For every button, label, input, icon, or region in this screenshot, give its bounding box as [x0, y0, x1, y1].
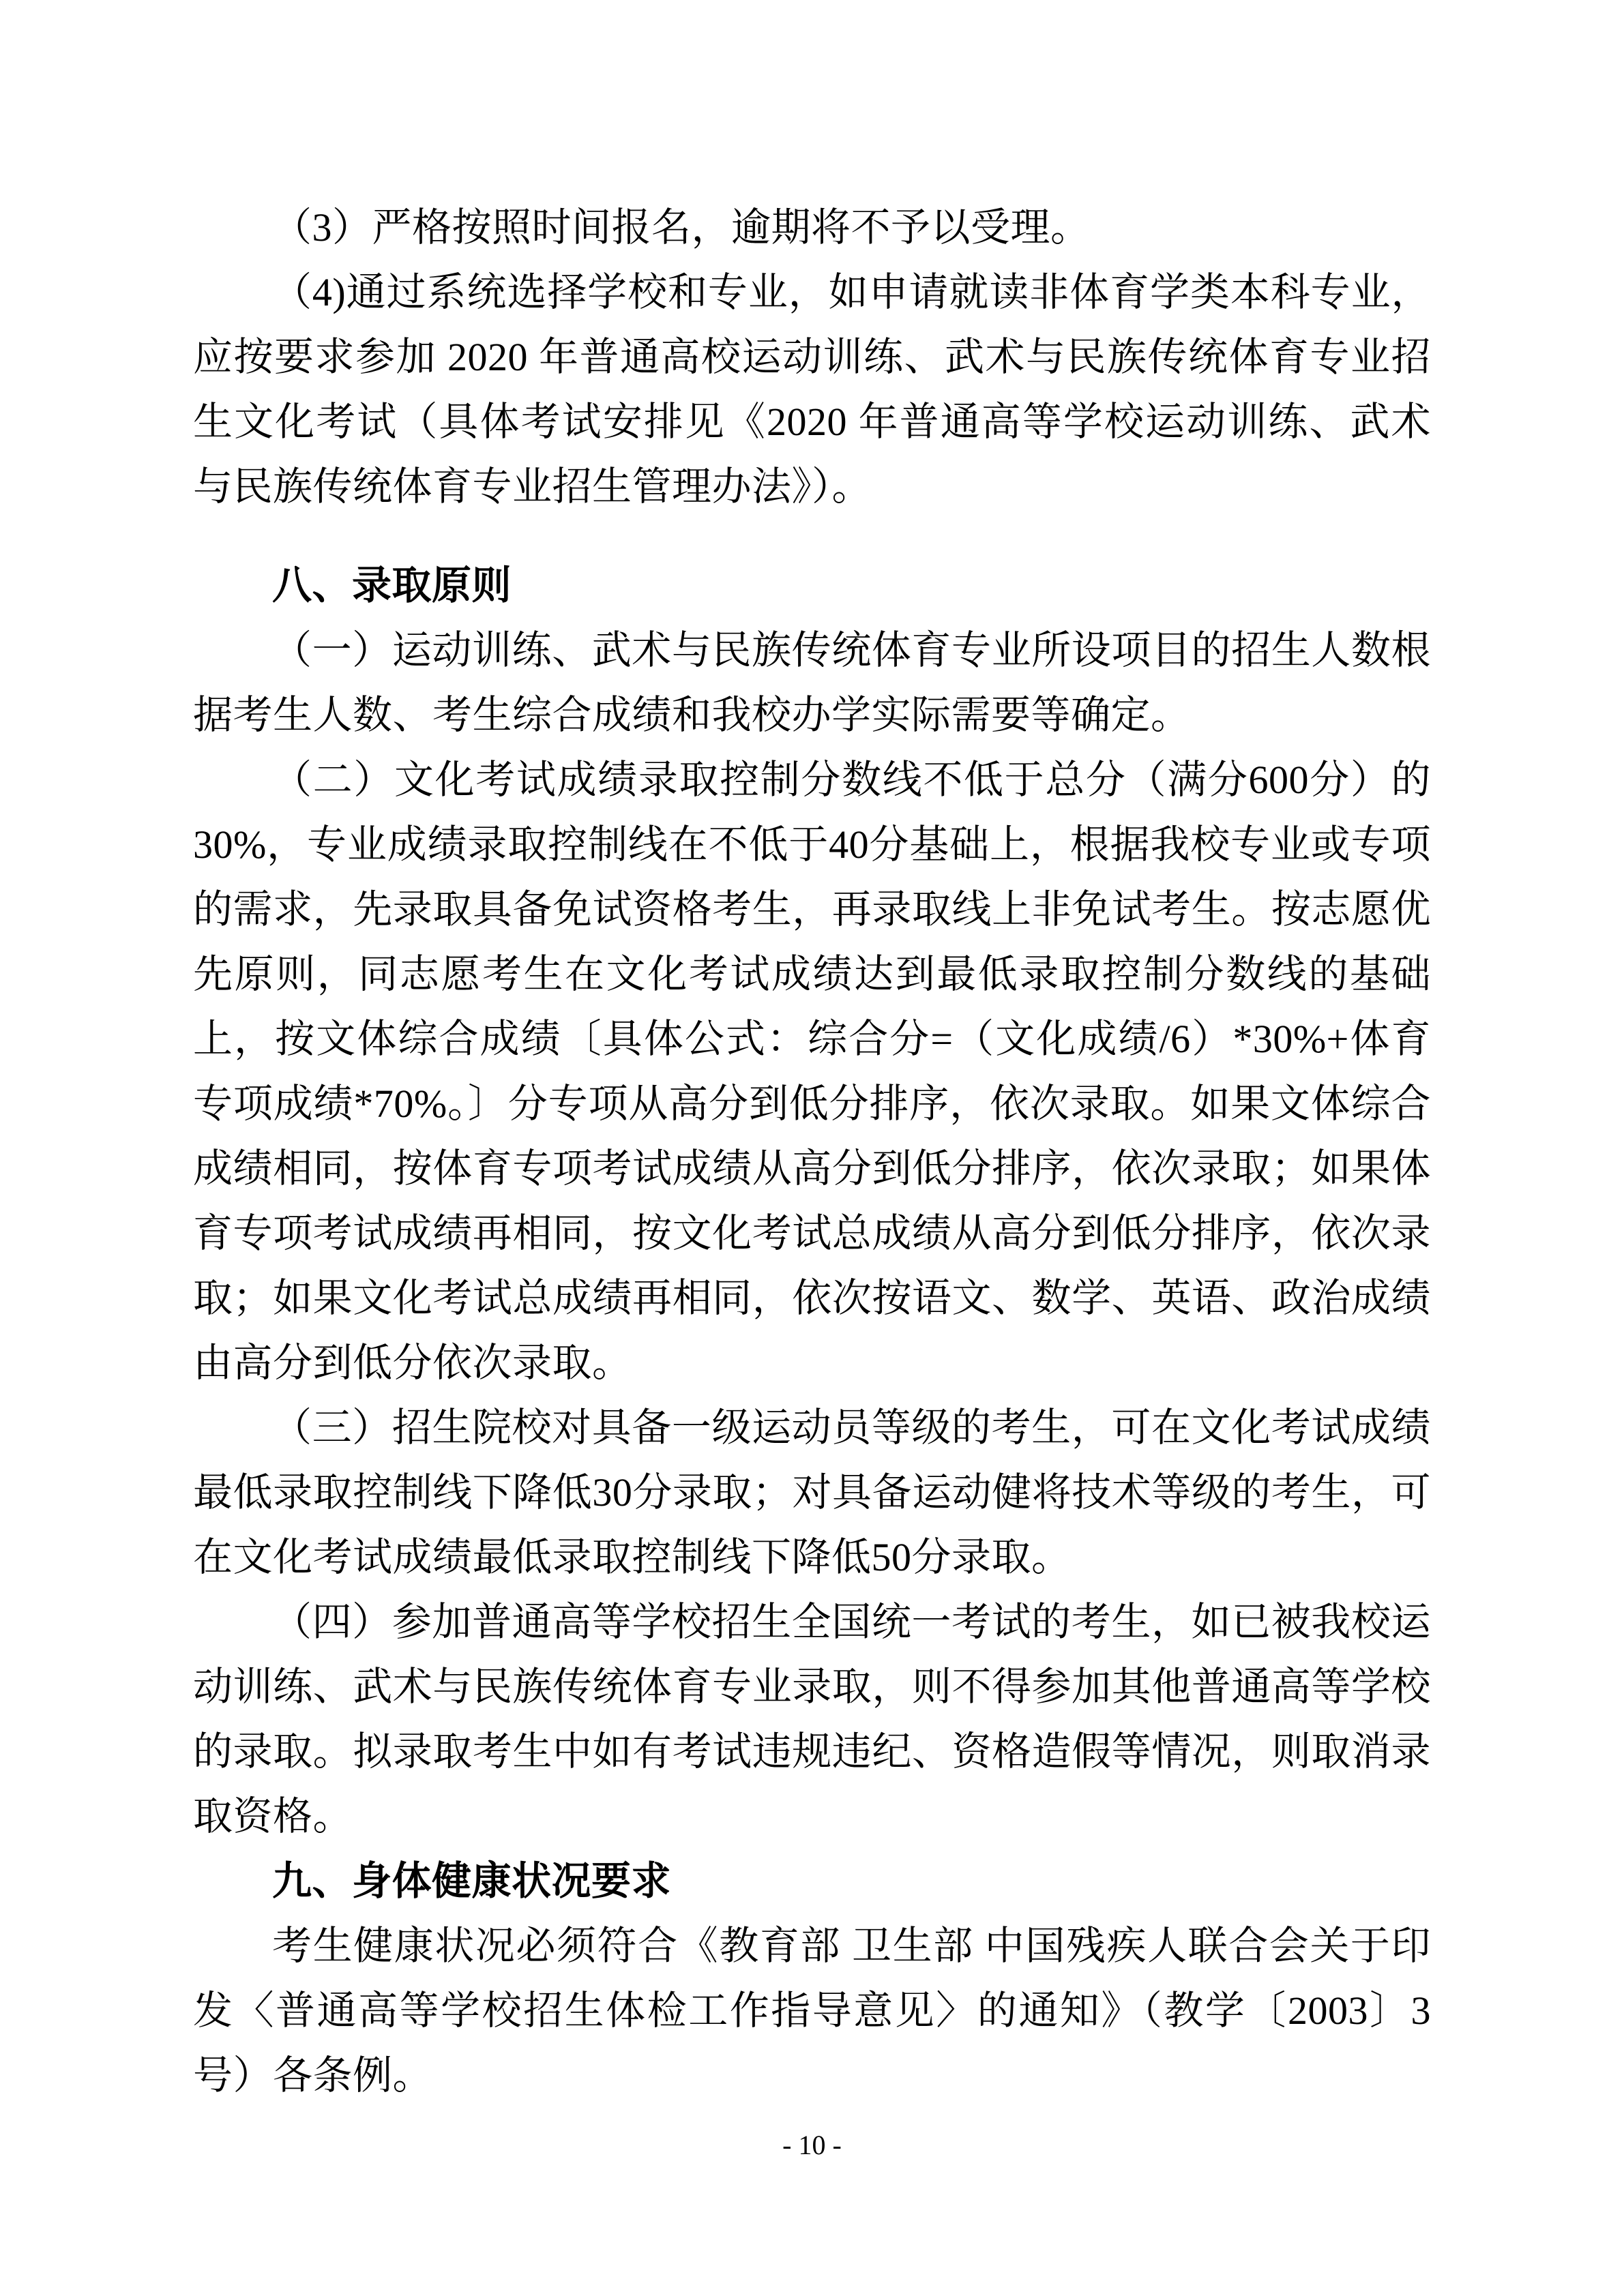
paragraph-8-1: （一）运动训练、武术与民族传统体育专业所设项目的招生人数根据考生人数、考生综合成…	[193, 618, 1431, 747]
page-number: - 10 -	[0, 2126, 1624, 2164]
section-heading-9-health-requirements: 九、身体健康状况要求	[193, 1849, 1431, 1913]
paragraph-item-4: （4)通过系统选择学校和专业，如申请就读非体育学类本科专业，应按要求参加 202…	[193, 260, 1431, 519]
section-heading-8-admission-principles: 八、录取原则	[193, 553, 1431, 618]
document-body: （3）严格按照时间报名，逾期将不予以受理。 （4)通过系统选择学校和专业，如申请…	[193, 195, 1431, 2108]
paragraph-8-2: （二）文化考试成绩录取控制分数线不低于总分（满分600分）的30%，专业成绩录取…	[193, 747, 1431, 1395]
document-page: （3）严格按照时间报名，逾期将不予以受理。 （4)通过系统选择学校和专业，如申请…	[0, 0, 1624, 2296]
paragraph-8-3: （三）招生院校对具备一级运动员等级的考生，可在文化考试成绩最低录取控制线下降低3…	[193, 1395, 1431, 1590]
paragraph-8-4: （四）参加普通高等学校招生全国统一考试的考生，如已被我校运动训练、武术与民族传统…	[193, 1590, 1431, 1849]
paragraph-item-3: （3）严格按照时间报名，逾期将不予以受理。	[193, 195, 1431, 260]
paragraph-9-1: 考生健康状况必须符合《教育部 卫生部 中国残疾人联合会关于印发〈普通高等学校招生…	[193, 1913, 1431, 2108]
